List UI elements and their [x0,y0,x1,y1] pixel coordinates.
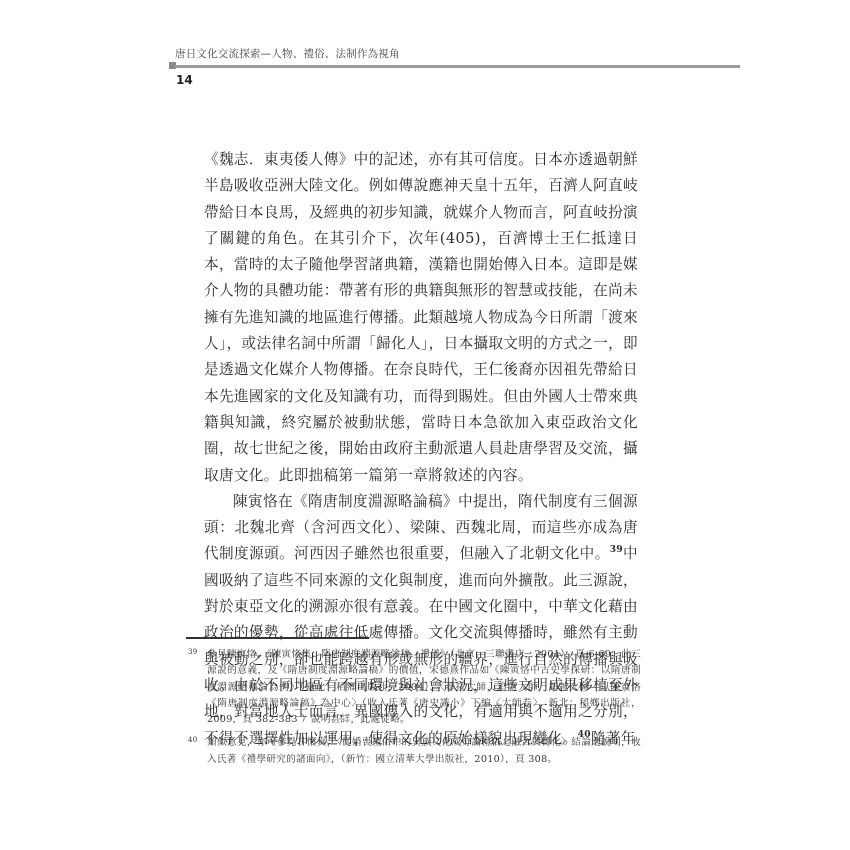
footnote-rule [186,637,369,639]
footnote-number: 40 [188,732,198,748]
footnote-ref-39[interactable]: 39 [610,546,623,556]
page-number: 14 [176,73,193,87]
paragraph-text: 陳寅恪在《隋唐制度淵源略論稿》中提出，隋代制度有三個源頭：北魏北齊（含河西文化）… [204,493,638,563]
footnote-number: 39 [188,644,198,660]
running-head: 唐日文化交流探索—人物、禮俗、法制作為視角 [175,46,400,61]
footnotes: 39 參見陳寅恪，《陳寅恪集：隋唐制度淵源略論稿．禮儀》（北京：三聯書店，200… [186,647,641,775]
footnote-40: 40 類似意見，亦可參見甘懷真，〈從婚喪禮俗中的異族文化成分論禮俗之融合與轉化〉… [186,735,641,768]
header-rule [175,65,740,68]
footnote-text: 參見陳寅恪，《陳寅恪集：隋唐制度淵源略論稿．禮儀》（北京：三聯書店，2001），… [207,649,641,725]
paragraph-text: 《魏志．東夷倭人傳》中的記述，亦有其可信度。日本亦透過朝鮮半島吸收亞洲大陸文化。… [204,151,638,484]
paragraph: 《魏志．東夷倭人傳》中的記述，亦有其可信度。日本亦透過朝鮮半島吸收亞洲大陸文化。… [204,147,638,489]
footnote-39: 39 參見陳寅恪，《陳寅恪集：隋唐制度淵源略論稿．禮儀》（北京：三聯書店，200… [186,647,641,728]
footnote-text: 類似意見，亦可參見甘懷真，〈從婚喪禮俗中的異族文化成分論禮俗之融合與轉化〉結論之… [207,737,641,764]
